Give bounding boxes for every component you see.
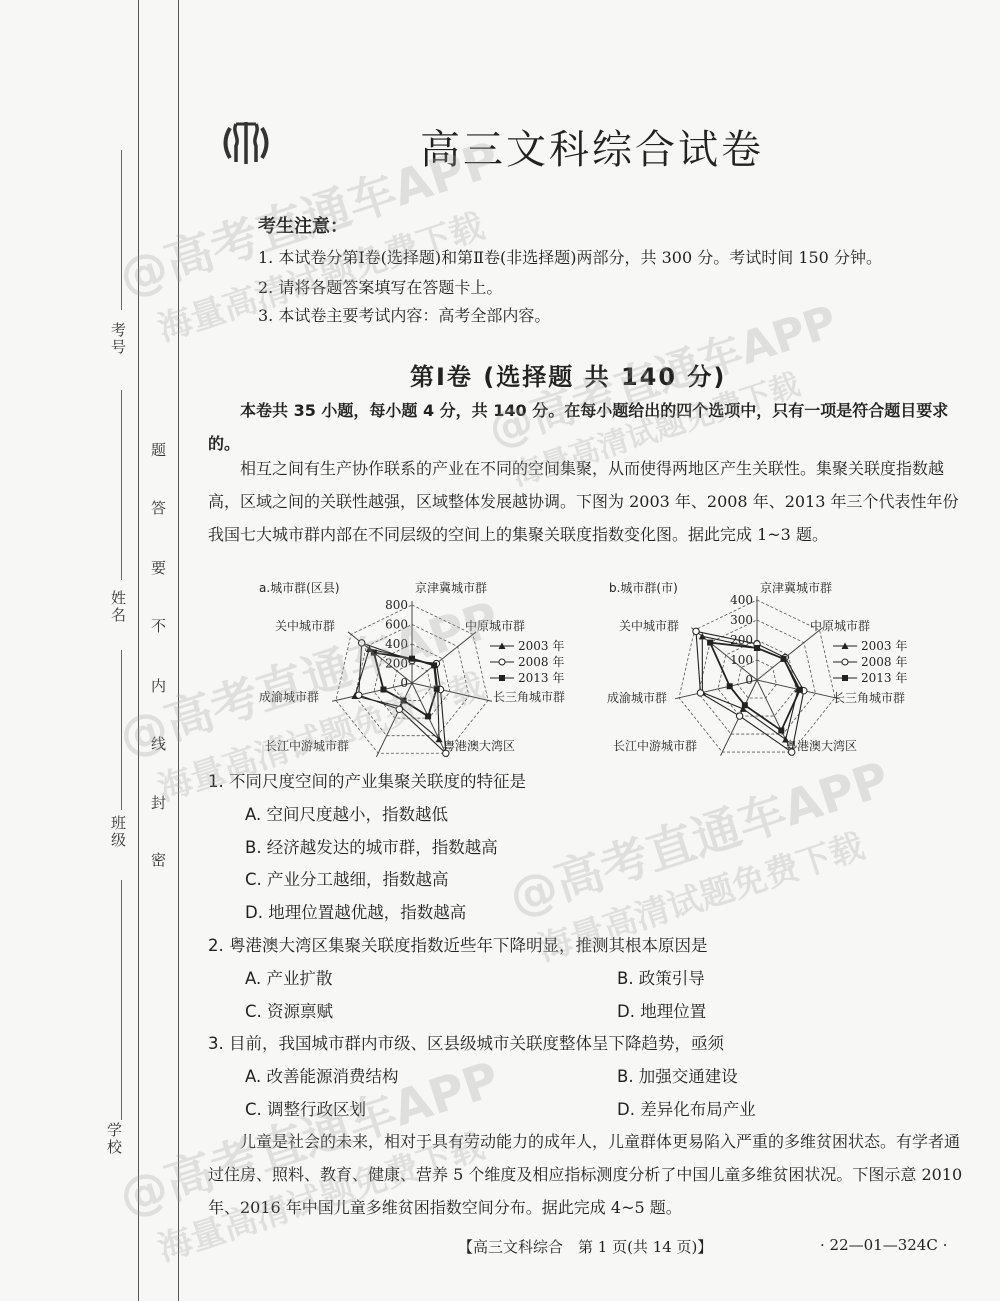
question-2-stem: 2. 粤港澳大湾区集聚关联度指数近些年下降明显，推测其根本原因是: [208, 932, 708, 956]
svg-text:成渝城市群: 成渝城市群: [607, 690, 667, 705]
field-school: 学校: [104, 1122, 125, 1156]
question-2-option-b[interactable]: B. 政策引导: [617, 965, 705, 989]
publisher-logo-icon: [222, 118, 270, 166]
svg-text:2013 年: 2013 年: [861, 670, 907, 685]
question-3-option-d[interactable]: D. 差异化布局产业: [617, 1096, 756, 1120]
seal-char: 要: [148, 560, 169, 577]
svg-text:0: 0: [745, 673, 753, 687]
svg-text:中原城市群: 中原城市群: [465, 618, 525, 633]
svg-text:400: 400: [385, 637, 408, 651]
question-3-option-b[interactable]: B. 加强交通建设: [617, 1063, 738, 1087]
notice-heading: 考生注意：: [258, 212, 348, 238]
question-2-option-a[interactable]: A. 产业扩散: [245, 965, 333, 989]
svg-text:800: 800: [385, 598, 408, 612]
svg-text:300: 300: [730, 613, 753, 627]
watermark: @高考直通车APP: [499, 741, 896, 929]
question-2-option-d[interactable]: D. 地理位置: [617, 998, 706, 1022]
svg-text:b.城市群(市): b.城市群(市): [609, 581, 678, 595]
name-line[interactable]: [121, 390, 122, 580]
notice-item: 2. 请将各题答案填写在答题卡上。: [258, 275, 502, 298]
question-3-option-c[interactable]: C. 调整行政区划: [245, 1096, 366, 1120]
field-name: 姓名: [108, 590, 129, 624]
radar-chart-a: a.城市群(区县)0200400600800京津冀城市群中原城市群长三角城市群粤…: [255, 578, 585, 758]
exam-number-line: [121, 150, 122, 310]
question-1-option-b[interactable]: B. 经济越发达的城市群，指数越高: [245, 834, 498, 858]
svg-text:长三角城市群: 长三角城市群: [493, 690, 565, 704]
svg-text:关中城市群: 关中城市群: [275, 618, 335, 633]
seal-char: 题: [148, 442, 169, 459]
passage-2: 儿童是社会的未来，相对于具有劳动能力的成年人，儿童群体更易陷入严重的多维贫困状态…: [208, 1125, 973, 1224]
notice-item: 3. 本试卷主要考试内容：高考全部内容。: [258, 303, 550, 326]
class-line[interactable]: [121, 650, 122, 810]
school-line[interactable]: [121, 880, 122, 1120]
seal-char: 答: [148, 500, 169, 517]
svg-text:0: 0: [400, 676, 408, 690]
passage-1: 相互之间有生产协作联系的产业在不同的空间集聚，从而使得两地区产生关联性。集聚关联…: [208, 452, 968, 551]
svg-text:2013 年: 2013 年: [518, 670, 564, 685]
notice-item: 1. 本试卷分第Ⅰ卷(选择题)和第Ⅱ卷(非选择题)两部分，共 300 分。考试时…: [258, 245, 882, 268]
question-1-option-d[interactable]: D. 地理位置越优越，指数越高: [245, 899, 466, 923]
radar-chart-b: b.城市群(市)0100200300400京津冀城市群中原城市群长三角城市群粤港…: [605, 578, 925, 758]
page-title: 高三文科综合试卷: [420, 118, 764, 175]
svg-text:长江中游城市群: 长江中游城市群: [265, 738, 349, 753]
svg-text:京津冀城市群: 京津冀城市群: [415, 580, 487, 595]
svg-text:2008 年: 2008 年: [518, 654, 564, 669]
question-3-stem: 3. 目前，我国城市群内市级、区县级城市关联度整体呈下降趋势，亟须: [208, 1030, 724, 1054]
section-title: 第Ⅰ卷 (选择题 共 140 分): [410, 357, 726, 392]
question-1-stem: 1. 不同尺度空间的产业集聚关联度的特征是: [208, 768, 526, 792]
binding-line-inner: [178, 0, 179, 1301]
seal-char: 封: [148, 795, 169, 812]
svg-text:a.城市群(区县): a.城市群(区县): [259, 581, 340, 595]
svg-text:中原城市群: 中原城市群: [810, 618, 870, 633]
seal-char: 内: [148, 678, 169, 695]
svg-text:2003 年: 2003 年: [518, 638, 564, 653]
field-exam-number: 考号: [108, 322, 129, 356]
binding-line-outer: [138, 0, 139, 1301]
svg-text:100: 100: [730, 653, 753, 667]
svg-text:400: 400: [730, 593, 753, 607]
question-3-option-a[interactable]: A. 改善能源消费结构: [245, 1063, 399, 1087]
footer-code: · 22—01—324C ·: [820, 1236, 947, 1254]
svg-text:长江中游城市群: 长江中游城市群: [613, 738, 697, 753]
seal-char: 密: [148, 852, 169, 869]
svg-text:600: 600: [385, 618, 408, 632]
field-class: 班级: [108, 815, 129, 849]
seal-char: 不: [148, 618, 169, 635]
svg-text:长三角城市群: 长三角城市群: [833, 691, 905, 705]
svg-text:粤港澳大湾区: 粤港澳大湾区: [785, 738, 857, 753]
svg-text:关中城市群: 关中城市群: [619, 618, 679, 633]
svg-text:成渝城市群: 成渝城市群: [259, 689, 319, 704]
seal-char: 线: [148, 736, 169, 753]
question-1-option-a[interactable]: A. 空间尺度越小，指数越低: [245, 801, 448, 825]
svg-text:2003 年: 2003 年: [861, 638, 907, 653]
svg-text:200: 200: [385, 657, 408, 671]
question-1-option-c[interactable]: C. 产业分工越细，指数越高: [245, 866, 449, 890]
question-2-option-c[interactable]: C. 资源禀赋: [245, 998, 333, 1022]
svg-text:粤港澳大湾区: 粤港澳大湾区: [443, 738, 515, 753]
section-instruction: 本卷共 35 小题，每小题 4 分，共 140 分。在每小题给出的四个选项中，只…: [208, 394, 968, 460]
svg-text:京津冀城市群: 京津冀城市群: [760, 580, 832, 595]
footer-page-label: 【高三文科综合 第 1 页(共 14 页)】: [458, 1236, 712, 1257]
svg-text:2008 年: 2008 年: [861, 654, 907, 669]
